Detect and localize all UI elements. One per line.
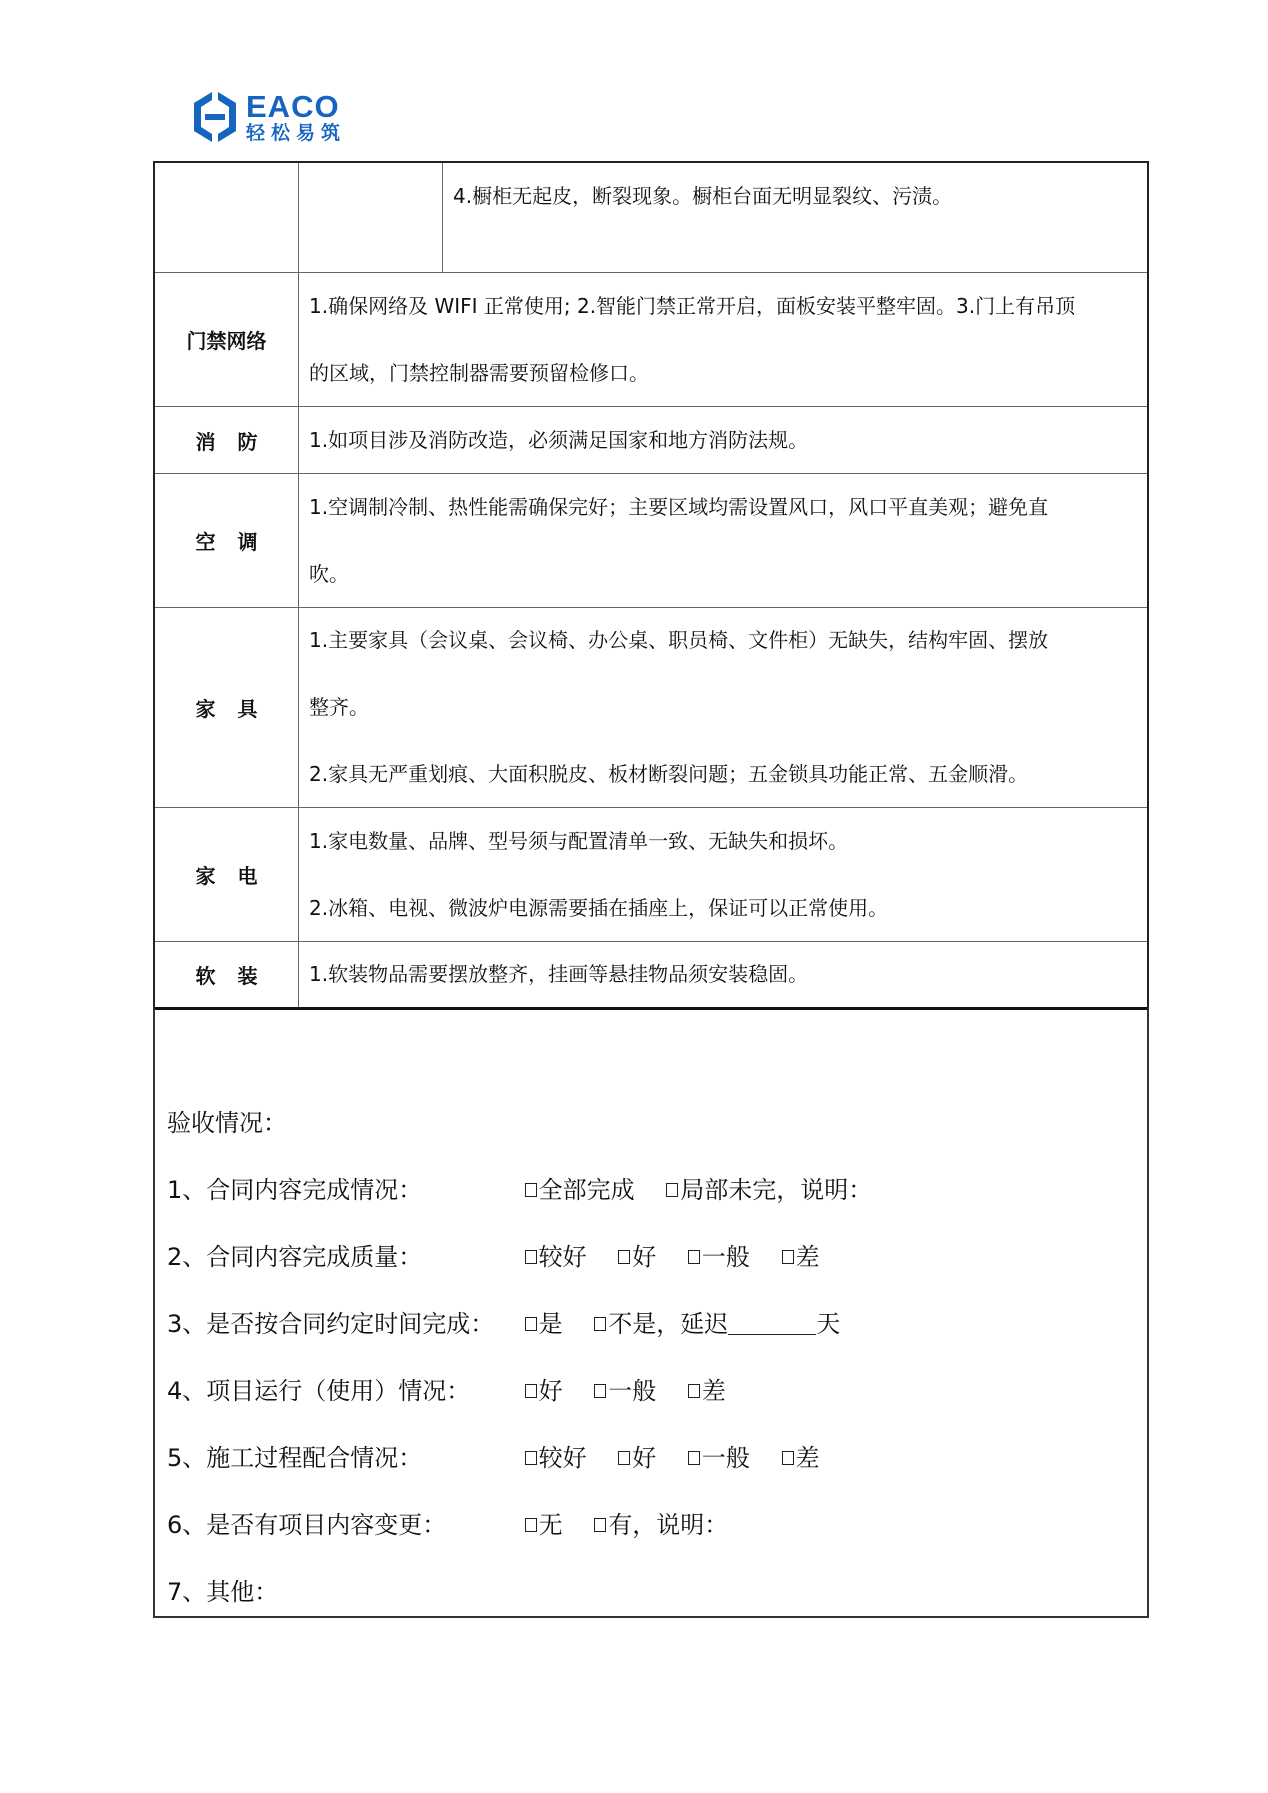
checkbox[interactable]	[525, 1384, 537, 1398]
row-text: 2.家具无严重划痕、大面积脱皮、板材断裂问题；五金锁具功能正常、五金顺滑。	[309, 741, 1137, 808]
option-no-delayed[interactable]: 不是，延迟	[594, 1304, 728, 1339]
table-row-soft-furnishing: 软装 1.软装物品需要摆放整齐，挂画等悬挂物品须安装稳固。	[155, 942, 1147, 1010]
checkbox[interactable]	[525, 1183, 537, 1197]
row-text: 整齐。	[309, 674, 1137, 741]
row-subcell	[299, 163, 443, 272]
question-label: 2、合同内容完成质量：	[167, 1237, 517, 1272]
option-poor[interactable]: 差	[782, 1237, 820, 1272]
question-label: 4、项目运行（使用）情况：	[167, 1371, 517, 1406]
row-label	[155, 163, 299, 272]
row-text: 1.家电数量、品牌、型号须与配置清单一致、无缺失和损坏。	[309, 808, 1137, 875]
checkbox[interactable]	[525, 1451, 537, 1465]
acceptance-title: 验收情况：	[167, 1103, 287, 1138]
table-row-access-network: 门禁网络 1.确保网络及 WIFI 正常使用; 2.智能门禁正常开启，面板安装平…	[155, 273, 1147, 407]
eaco-hexagon-icon	[190, 90, 240, 144]
checkbox[interactable]	[782, 1451, 794, 1465]
row-label: 家具	[196, 693, 280, 722]
checkbox[interactable]	[594, 1518, 606, 1532]
delay-days-field[interactable]	[728, 1312, 816, 1335]
option-none[interactable]: 无	[525, 1505, 563, 1540]
option-good[interactable]: 好	[618, 1438, 656, 1473]
option-average[interactable]: 一般	[688, 1438, 750, 1473]
logo-chinese-name: 轻松易筑	[246, 124, 346, 143]
option-average[interactable]: 一般	[594, 1371, 656, 1406]
option-partial-incomplete[interactable]: 局部未完，说明：	[666, 1170, 872, 1205]
table-row-furniture: 家具 1.主要家具（会议桌、会议椅、办公桌、职员椅、文件柜）无缺失，结构牢固、摆…	[155, 608, 1147, 808]
question-label: 6、是否有项目内容变更：	[167, 1505, 517, 1540]
checkbox[interactable]	[525, 1518, 537, 1532]
option-full-complete[interactable]: 全部完成	[525, 1170, 635, 1205]
checkbox[interactable]	[594, 1317, 606, 1331]
acceptance-item-7: 7、其他：	[167, 1572, 278, 1607]
checkbox[interactable]	[618, 1250, 630, 1264]
row-label: 空调	[196, 526, 280, 555]
option-poor[interactable]: 差	[688, 1371, 726, 1406]
option-poor[interactable]: 差	[782, 1438, 820, 1473]
acceptance-item-3: 3、是否按合同约定时间完成： 是 不是，延迟天	[167, 1304, 840, 1339]
acceptance-item-6: 6、是否有项目内容变更： 无 有，说明：	[167, 1505, 752, 1540]
acceptance-item-5: 5、施工过程配合情况： 较好 好 一般 差	[167, 1438, 844, 1473]
option-better[interactable]: 较好	[525, 1438, 587, 1473]
checkbox[interactable]	[688, 1451, 700, 1465]
checkbox[interactable]	[688, 1384, 700, 1398]
eaco-logo: EACO 轻松易筑	[190, 88, 360, 146]
checkbox[interactable]	[666, 1183, 678, 1197]
row-text: 1.空调制冷制、热性能需确保完好；主要区域均需设置风口，风口平直美观；避免直	[309, 474, 1137, 541]
row-text: 的区域，门禁控制器需要预留检修口。	[309, 340, 1137, 407]
question-label: 5、施工过程配合情况：	[167, 1438, 517, 1473]
row-label: 门禁网络	[155, 273, 299, 406]
table-row-appliances: 家电 1.家电数量、品牌、型号须与配置清单一致、无缺失和损坏。 2.冰箱、电视、…	[155, 808, 1147, 942]
row-label: 家电	[196, 860, 280, 889]
row-text: 吹。	[309, 541, 1137, 608]
option-yes[interactable]: 是	[525, 1304, 563, 1339]
row-text: 1.确保网络及 WIFI 正常使用; 2.智能门禁正常开启，面板安装平整牢固。3…	[309, 273, 1137, 340]
row-text: 4.橱柜无起皮，断裂现象。橱柜台面无明显裂纹、污渍。	[453, 163, 1137, 230]
checkbox[interactable]	[688, 1250, 700, 1264]
row-text: 1.主要家具（会议桌、会议椅、办公桌、职员椅、文件柜）无缺失，结构牢固、摆放	[309, 607, 1137, 674]
question-label: 7、其他：	[167, 1572, 278, 1607]
table-row-aircon: 空调 1.空调制冷制、热性能需确保完好；主要区域均需设置风口，风口平直美观；避免…	[155, 474, 1147, 608]
logo-brand: EACO	[246, 91, 346, 122]
checkbox[interactable]	[782, 1250, 794, 1264]
table-row-cabinet: 4.橱柜无起皮，断裂现象。橱柜台面无明显裂纹、污渍。	[155, 163, 1147, 273]
row-label: 消防	[196, 426, 280, 455]
option-average[interactable]: 一般	[688, 1237, 750, 1272]
inspection-table: 4.橱柜无起皮，断裂现象。橱柜台面无明显裂纹、污渍。 门禁网络 1.确保网络及 …	[153, 161, 1149, 1010]
row-text: 2.冰箱、电视、微波炉电源需要插在插座上，保证可以正常使用。	[309, 875, 1137, 942]
acceptance-item-4: 4、项目运行（使用）情况： 好 一般 差	[167, 1371, 750, 1406]
question-label: 1、合同内容完成情况：	[167, 1170, 517, 1205]
row-label: 软装	[196, 960, 280, 989]
acceptance-section: 验收情况： 1、合同内容完成情况： 全部完成 局部未完，说明： 2、合同内容完成…	[153, 1008, 1149, 1618]
checkbox[interactable]	[594, 1384, 606, 1398]
row-text: 1.软装物品需要摆放整齐，挂画等悬挂物品须安装稳固。	[309, 941, 1137, 1008]
checkbox[interactable]	[618, 1451, 630, 1465]
option-better[interactable]: 较好	[525, 1237, 587, 1272]
checkbox[interactable]	[525, 1317, 537, 1331]
checkbox[interactable]	[525, 1250, 537, 1264]
days-suffix: 天	[816, 1310, 840, 1338]
table-row-fire: 消防 1.如项目涉及消防改造，必须满足国家和地方消防法规。	[155, 407, 1147, 474]
option-good[interactable]: 好	[525, 1371, 563, 1406]
acceptance-item-2: 2、合同内容完成质量： 较好 好 一般 差	[167, 1237, 844, 1272]
acceptance-item-1: 1、合同内容完成情况： 全部完成 局部未完，说明：	[167, 1170, 896, 1205]
row-text: 1.如项目涉及消防改造，必须满足国家和地方消防法规。	[309, 407, 1137, 474]
option-yes-explain[interactable]: 有，说明：	[594, 1505, 728, 1540]
question-label: 3、是否按合同约定时间完成：	[167, 1304, 517, 1339]
option-good[interactable]: 好	[618, 1237, 656, 1272]
